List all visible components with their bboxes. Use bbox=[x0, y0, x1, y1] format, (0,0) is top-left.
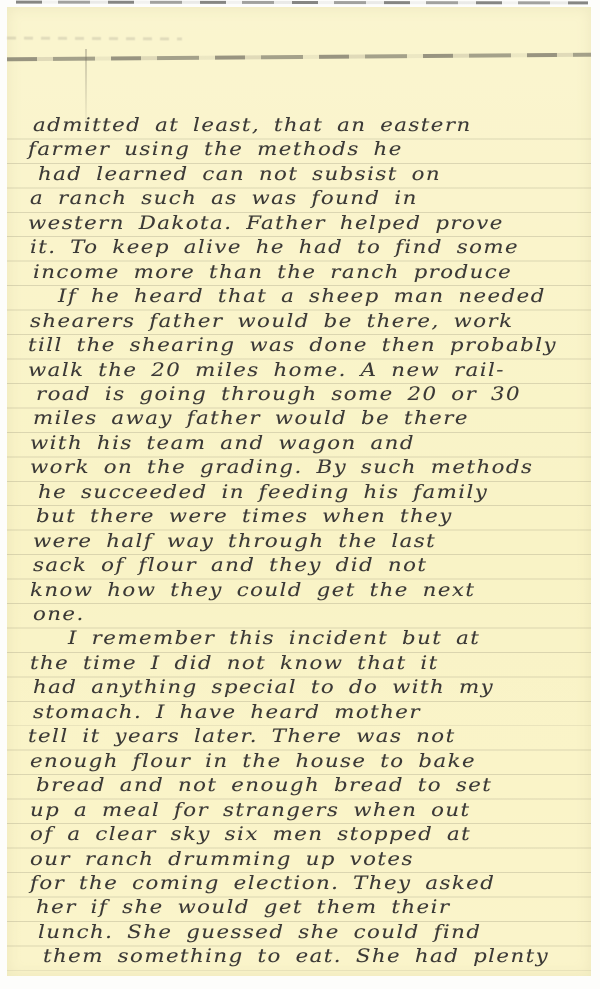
scanned-page: admitted at least, that an easternfarmer… bbox=[0, 0, 600, 989]
handwritten-line: lunch. She guessed she could find bbox=[38, 920, 481, 944]
handwritten-line: he succeeded in feeding his family bbox=[38, 480, 488, 504]
handwritten-line: were half way through the last bbox=[33, 529, 436, 553]
handwritten-line: walk the 20 miles home. A new rail- bbox=[28, 358, 505, 382]
handwritten-line: sack of flour and they did not bbox=[33, 553, 427, 577]
handwritten-line: western Dakota. Father helped prove bbox=[28, 211, 504, 235]
handwritten-line: for the coming election. They asked bbox=[30, 871, 495, 895]
handwritten-line: one. bbox=[33, 602, 85, 626]
handwritten-line: a ranch such as was found in bbox=[30, 186, 418, 210]
handwritten-line: admitted at least, that an eastern bbox=[33, 113, 472, 137]
handwritten-line: know how they could get the next bbox=[30, 578, 475, 602]
handwritten-line: but there were times when they bbox=[36, 504, 453, 528]
handwritten-line: had anything special to do with my bbox=[33, 675, 494, 699]
handwritten-line: it. To keep alive he had to find some bbox=[30, 235, 519, 259]
handwritten-line: her if she would get them their bbox=[36, 895, 450, 919]
handwritten-line: bread and not enough bread to set bbox=[36, 773, 492, 797]
handwritten-line: miles away father would be there bbox=[33, 406, 469, 430]
handwritten-line: stomach. I have heard mother bbox=[33, 700, 421, 724]
handwritten-line: enough flour in the house to bake bbox=[30, 749, 476, 773]
handwritten-line: income more than the ranch produce bbox=[33, 260, 512, 284]
handwritten-line: If he heard that a sheep man needed bbox=[58, 284, 546, 308]
handwritten-line: the time I did not know that it bbox=[30, 651, 439, 675]
handwritten-line: up a meal for strangers when out bbox=[30, 798, 471, 822]
handwritten-line: had learned can not subsist on bbox=[38, 162, 441, 186]
handwritten-line: work on the grading. By such methods bbox=[30, 455, 533, 479]
handwritten-line: them something to eat. She had plenty bbox=[43, 944, 549, 968]
handwritten-line: till the shearing was done then probably bbox=[28, 333, 557, 357]
handwritten-line: road is going through some 20 or 30 bbox=[36, 382, 521, 406]
handwritten-line: shearers father would be there, work bbox=[30, 309, 513, 333]
paper-sheet: admitted at least, that an easternfarmer… bbox=[7, 7, 591, 976]
top-edge-artifact bbox=[16, 1, 588, 5]
handwriting-block: admitted at least, that an easternfarmer… bbox=[7, 7, 591, 976]
handwritten-line: tell it years later. There was not bbox=[28, 724, 456, 748]
handwritten-line: farmer using the methods he bbox=[28, 137, 403, 161]
handwritten-line: with his team and wagon and bbox=[30, 431, 415, 455]
handwritten-line: of a clear sky six men stopped at bbox=[30, 822, 471, 846]
handwritten-line: I remember this incident but at bbox=[68, 626, 480, 650]
handwritten-line: our ranch drumming up votes bbox=[30, 847, 414, 871]
